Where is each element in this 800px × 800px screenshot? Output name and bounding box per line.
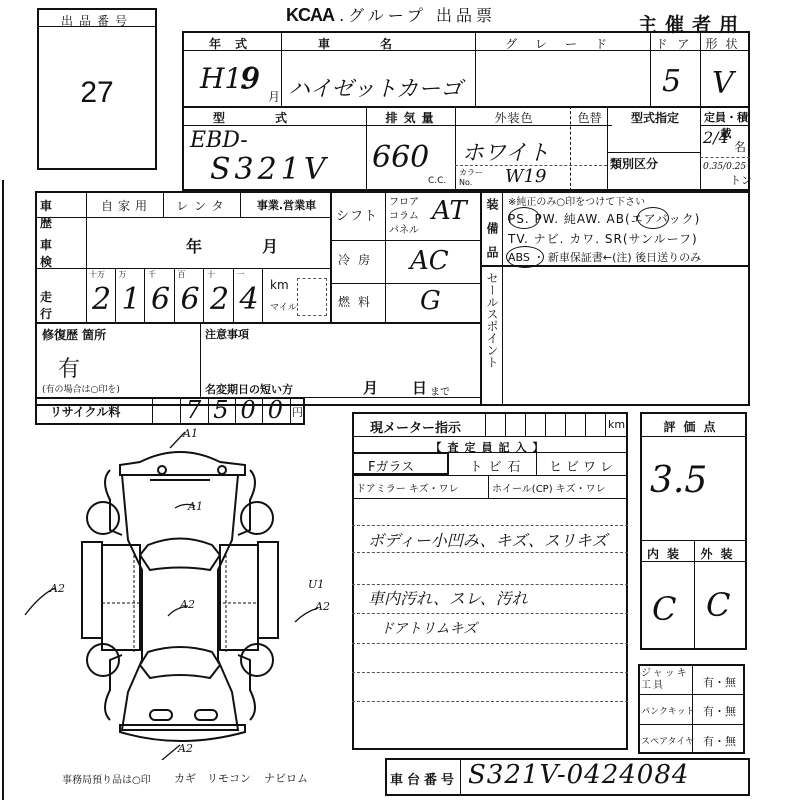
office-item-key[interactable]: カギ xyxy=(174,770,196,786)
mileage-unit-km: km xyxy=(270,278,289,292)
capacity-persons[interactable]: 2/4 xyxy=(703,128,729,147)
inspector-note-3[interactable]: ドアトリムキズ xyxy=(380,618,477,638)
capacity-persons-unit: 名 xyxy=(734,138,746,155)
year-label: 年式 xyxy=(205,35,265,52)
accessory-puncture-label: パンクキット xyxy=(641,704,695,717)
category-label: 類別区分 xyxy=(610,155,700,172)
office-item-navirom[interactable]: ナビロム xyxy=(264,770,308,786)
fglass-label[interactable]: Fガラス xyxy=(368,456,414,475)
door-mirror-label[interactable]: ドアミラー キズ・ワレ xyxy=(356,480,459,495)
history-option-rental[interactable]: レンタ xyxy=(166,197,240,214)
car-name-label: 車名 xyxy=(290,35,470,52)
chassis-label: 車台番号 xyxy=(390,769,458,788)
header-title: KCAA .グループ 出品票 xyxy=(286,3,496,26)
equipment-line2[interactable]: TV. ナビ. カワ. SR(サンルーフ) xyxy=(508,230,698,247)
history-option-commercial[interactable]: 事業.営業車 xyxy=(243,197,330,213)
mark-roof: A2 xyxy=(179,598,195,611)
color-no-label: カラーNo. xyxy=(459,168,485,188)
lot-number-value: 27 xyxy=(39,76,155,110)
exterior-label: 外装 xyxy=(694,545,747,562)
displacement-label: 排気量 xyxy=(370,109,455,126)
circle-ps xyxy=(508,207,540,229)
ac-label: 冷房 xyxy=(338,251,378,268)
mileage-digit-cell[interactable]: 百6 xyxy=(175,268,205,322)
form-title: .グループ 出品票 xyxy=(339,6,496,25)
ac-value[interactable]: AC xyxy=(410,246,449,276)
circle-ab xyxy=(637,207,669,229)
interior-label: 内装 xyxy=(640,545,694,562)
color-value[interactable]: ホワイト xyxy=(462,136,549,167)
sales-point-label: セールスポイント xyxy=(484,272,501,368)
month-unit: 月 xyxy=(268,88,280,105)
history-label: 車歴 xyxy=(40,197,86,231)
mileage-digit-label: 十万 xyxy=(89,269,105,280)
mileage-digit-value: 2 xyxy=(92,282,111,317)
mileage-digit-value: 2 xyxy=(210,282,229,317)
mark-left: A2 xyxy=(49,582,65,595)
capacity-load-unit: トン xyxy=(730,172,752,188)
mileage-digit-value: 6 xyxy=(181,282,200,317)
inspector-note-2[interactable]: 車内汚れ、スレ、汚れ xyxy=(368,586,528,609)
accessory-spare-value[interactable]: 有・無 xyxy=(694,733,745,749)
shape-value[interactable]: V xyxy=(712,66,734,101)
shift-value[interactable]: AT xyxy=(432,196,467,226)
fuel-value[interactable]: G xyxy=(420,286,441,316)
inspection-year-unit: 年 xyxy=(186,234,202,257)
mileage-digit-cell[interactable]: 十2 xyxy=(204,268,234,322)
score-label: 評価点 xyxy=(640,418,747,435)
recycle-unit: 円 xyxy=(292,404,303,420)
mark-right-note: U1 xyxy=(308,578,324,591)
chassis-value[interactable]: S321V-0424084 xyxy=(468,760,689,790)
accessory-jack-value[interactable]: 有・無 xyxy=(694,674,745,690)
equipment-label: 装備品 xyxy=(484,198,501,270)
mileage-digit-cell[interactable]: 十万2 xyxy=(86,268,116,322)
displacement-unit: C.C. xyxy=(428,176,446,186)
accessory-jack-label: ジャッキ工具 xyxy=(641,668,691,692)
inspector-note-1[interactable]: ボディー小凹み、キズ、スリキズ xyxy=(368,528,608,551)
shift-option-panel[interactable]: パネル xyxy=(389,221,419,236)
equipment-note: ※純正のみ○印をつけて下さい xyxy=(508,193,645,208)
circle-abs xyxy=(506,246,544,268)
rename-day-unit: 日 xyxy=(412,377,427,398)
mark-rear: A2 xyxy=(177,742,193,755)
mile-checkbox[interactable] xyxy=(297,278,327,316)
repair-value[interactable]: 有 xyxy=(58,352,80,383)
mark-right: A2 xyxy=(314,600,330,613)
mileage-digit-cell[interactable]: 一4 xyxy=(234,268,264,322)
mileage-digit-value: 1 xyxy=(122,282,141,317)
office-item-remote[interactable]: リモコン xyxy=(207,770,251,786)
brand-logo: KCAA xyxy=(286,5,334,25)
inspector-title: 【査定員記入】 xyxy=(352,439,628,455)
caution-label: 注意事項 xyxy=(205,326,249,342)
car-diagram[interactable]: A1 A1 A2 A2 A2 U1 A2 xyxy=(20,420,350,760)
mileage-digit-value: 6 xyxy=(151,282,170,317)
mileage-digit-value: 4 xyxy=(240,282,259,317)
model-label: 型式 xyxy=(190,109,360,126)
shift-label: シフト xyxy=(336,205,378,224)
mileage-digit-cell[interactable]: 万1 xyxy=(116,268,146,322)
repair-note: (有の場合は○印を) xyxy=(42,382,120,395)
color-no-value[interactable]: W19 xyxy=(505,166,546,187)
month-value[interactable]: 9 xyxy=(240,62,259,97)
chip-label[interactable]: トビ石 xyxy=(460,456,536,475)
rename-label: 名変期日の短い方 xyxy=(205,381,293,397)
repair-label: 修復歴 箇所 xyxy=(42,326,106,343)
mark-hood: A1 xyxy=(187,500,203,513)
model-value-line2[interactable]: S321V xyxy=(210,152,329,187)
shift-option-column[interactable]: コラム xyxy=(389,207,419,222)
fuel-label: 燃料 xyxy=(338,293,378,310)
mileage-digit-cell[interactable]: 千6 xyxy=(145,268,175,322)
crack-label[interactable]: ヒビワレ xyxy=(538,456,628,475)
exterior-value[interactable]: C xyxy=(706,586,730,624)
inspection-label: 車検 xyxy=(40,236,86,270)
mileage-digit-label: 百 xyxy=(178,269,186,280)
mileage-digit-label: 万 xyxy=(119,269,127,280)
score-value[interactable]: 3.5 xyxy=(650,460,707,501)
door-label: ドア xyxy=(655,35,700,52)
scan-edge xyxy=(2,180,4,800)
mileage-digit-label: 千 xyxy=(148,269,156,280)
meter-unit: km xyxy=(608,418,625,431)
rename-until: まで xyxy=(430,383,450,398)
mileage-digit-label: 一 xyxy=(237,269,245,280)
capacity-load[interactable]: 0.35/0.25 xyxy=(703,162,746,172)
interior-value[interactable]: C xyxy=(652,590,676,628)
shift-option-floor[interactable]: フロア xyxy=(389,193,419,208)
rename-month-unit: 月 xyxy=(363,377,378,398)
mileage-digit-label: 十 xyxy=(207,269,215,280)
recycle-label: リサイクル料 xyxy=(50,403,120,420)
inspection-month-unit: 月 xyxy=(262,234,278,257)
history-option-private[interactable]: 自家用 xyxy=(90,197,163,214)
model-value-line1[interactable]: EBD- xyxy=(190,128,248,153)
color-label: 外装色 xyxy=(458,109,570,126)
accessory-puncture-value[interactable]: 有・無 xyxy=(694,703,745,719)
accessory-spare-label: スペアタイヤ xyxy=(641,734,694,747)
displacement-value[interactable]: 660 xyxy=(372,140,429,175)
color-change-label: 色替 xyxy=(572,109,607,126)
lot-number-box: 出品番号 27 xyxy=(37,8,157,170)
grade-label: グレード xyxy=(480,35,650,52)
door-value[interactable]: 5 xyxy=(662,64,681,99)
shape-label: 形状 xyxy=(703,35,748,52)
type-designation-label: 型式指定 xyxy=(610,109,700,126)
car-name-value[interactable]: ハイゼットカーゴ xyxy=(288,72,462,103)
meter-label: 現メーター指示 xyxy=(370,417,461,436)
mileage-unit-mile: マイル xyxy=(270,300,297,313)
wheel-label[interactable]: ホイール(CP) キズ・ワレ xyxy=(492,480,606,495)
mileage-label: 走行 xyxy=(40,288,86,322)
office-label: 事務局預り品は○印 xyxy=(62,771,151,786)
